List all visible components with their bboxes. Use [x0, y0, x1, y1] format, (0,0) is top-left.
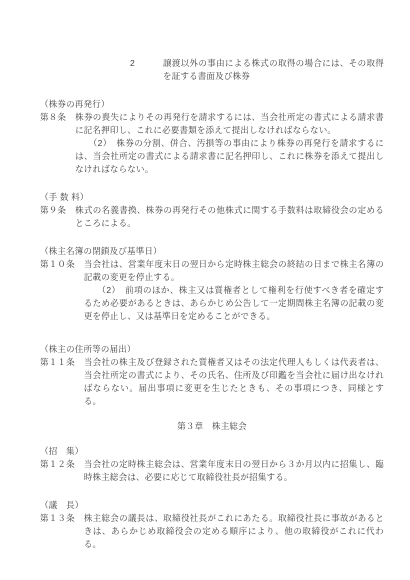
article-12-text: 当会社の定時株主総会は、営業年度末日の翌日から３か月以内に招集し、臨時株主総会は… [84, 458, 384, 484]
section-heading-chairman: （議 長） [40, 499, 384, 512]
carryover-paragraph: 2 譲渡以外の事由による株式の取得の場合には、その取得を証する書面及び株券 [130, 57, 384, 83]
article-9-number: 第９条 [40, 204, 66, 230]
article-9: 第９条 株式の名義書換、株券の再発行その他株式に関する手数料は取締役会の定めると… [40, 204, 384, 230]
article-11-text: 当会社の株主及び登録された質権者又はその法定代理人もしくは代表者は、当会社所定の… [84, 356, 384, 408]
article-8: 第８条 株券の喪失によりその再発行を請求するには、当会社所定の書式による請求書に… [40, 111, 384, 176]
article-13: 第１３条 株主総会の議長は、取締役社長がこれにあたる。取締役社長に事故があるとき… [40, 512, 384, 551]
chapter-3-heading: 第３章 株主総会 [40, 420, 384, 433]
section-heading-register-closure: （株主名簿の閉鎖及び基準日） [40, 245, 384, 258]
carryover-paragraph-number: 2 [130, 57, 163, 83]
article-10-number: 第１０条 [40, 258, 75, 323]
article-10-subparagraph-2: （2） 前項のほか、株主又は質権者として権利を行使すべき者を確定するため必要があ… [84, 284, 384, 323]
section-heading-convocation: （招 集） [40, 445, 384, 458]
article-11-number: 第１１条 [40, 356, 75, 408]
article-12-number: 第１２条 [40, 458, 75, 484]
article-11: 第１１条 当会社の株主及び登録された質権者又はその法定代理人もしくは代表者は、当… [40, 356, 384, 408]
article-12: 第１２条 当会社の定時株主総会は、営業年度末日の翌日から３か月以内に招集し、臨時… [40, 458, 384, 484]
article-13-text: 株主総会の議長は、取締役社長がこれにあたる。取締役社長に事故があるときは、あらか… [84, 512, 384, 551]
article-8-subparagraph-2: （2） 株券の分割、併合、汚損等の事由により株券の再発行を請求するには、当会社所… [75, 137, 384, 176]
article-8-body: 株券の喪失によりその再発行を請求するには、当会社所定の書式による請求書に記名押印… [75, 111, 384, 176]
article-10-text: 当会社は、営業年度末日の翌日から定時株主総会の終結の日まで株主名簿の記載の変更を… [84, 259, 384, 282]
section-heading-share-certificate-reissue: （株券の再発行） [40, 98, 384, 111]
article-8-text: 株券の喪失によりその再発行を請求するには、当会社所定の書式による請求書に記名押印… [75, 112, 384, 135]
article-8-number: 第８条 [40, 111, 66, 176]
article-10-body: 当会社は、営業年度末日の翌日から定時株主総会の終結の日まで株主名簿の記載の変更を… [84, 258, 384, 323]
section-heading-shareholder-address: （株主の住所等の届出） [40, 343, 384, 356]
section-heading-fees: （手 数 料） [40, 191, 384, 204]
article-10: 第１０条 当会社は、営業年度末日の翌日から定時株主総会の終結の日まで株主名簿の記… [40, 258, 384, 323]
article-9-text: 株式の名義書換、株券の再発行その他株式に関する手数料は取締役会の定めるところによ… [75, 204, 384, 230]
carryover-paragraph-text: 譲渡以外の事由による株式の取得の場合には、その取得を証する書面及び株券 [163, 57, 384, 83]
article-13-number: 第１３条 [40, 512, 75, 551]
document-page: 2 譲渡以外の事由による株式の取得の場合には、その取得を証する書面及び株券 （株… [0, 0, 410, 580]
